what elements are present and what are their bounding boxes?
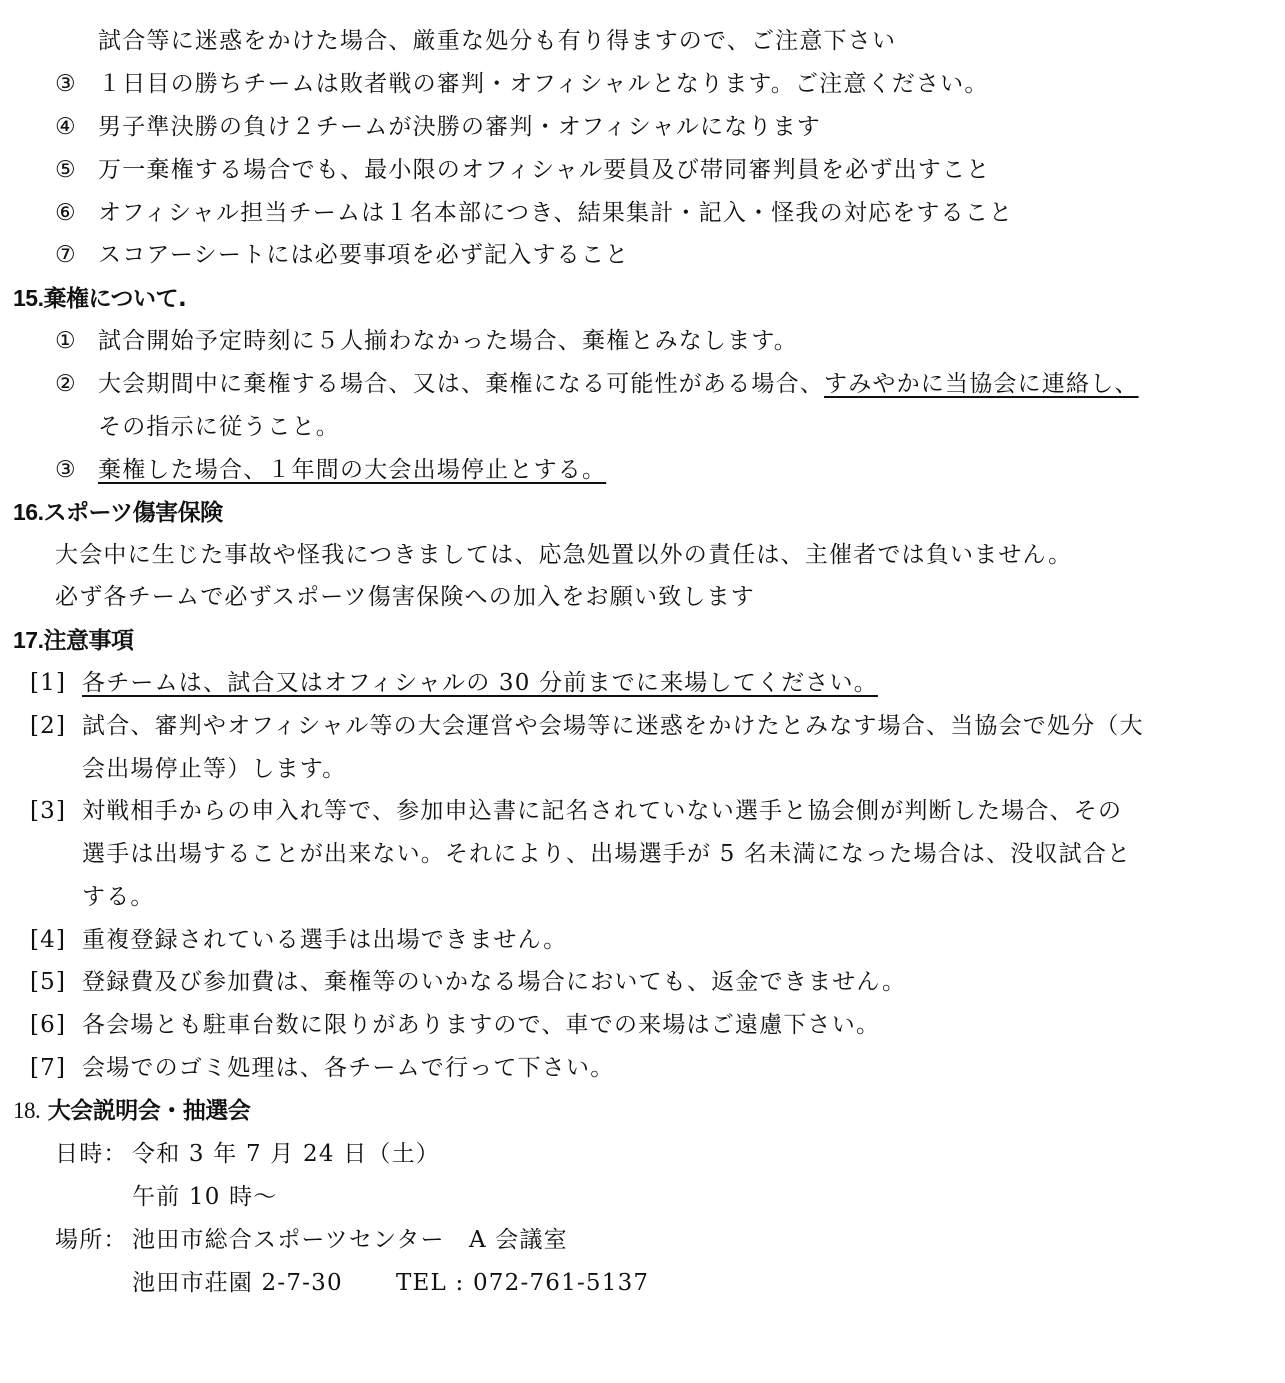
item-marker: ⑥	[55, 198, 77, 228]
item-marker: [3]	[30, 796, 66, 826]
item-marker: [5]	[30, 967, 66, 997]
time-value: 午前 10 時～	[132, 1182, 278, 1212]
item-text: 会場でのゴミ処理は、各チームで行って下さい。	[82, 1053, 614, 1083]
section17-heading: 17.注意事項	[13, 625, 133, 656]
item-marker: [1]	[30, 668, 66, 698]
item-continuation: 選手は出場することが出来ない。それにより、出場選手が 5 名未満になった場合は、…	[82, 839, 1131, 869]
item-marker: [6]	[30, 1010, 66, 1040]
section-title: 棄権について.	[43, 286, 186, 312]
item-marker: [2]	[30, 711, 66, 741]
section-title: 注意事項	[43, 628, 133, 654]
item-text: 試合、審判やオフィシャル等の大会運営や会場等に迷惑をかけたとみなす場合、当協会で…	[82, 711, 1144, 741]
item-text: １日目の勝ちチームは敗者戦の審判・オフィシャルとなります。ご注意ください。	[98, 69, 989, 99]
item-marker: ⑤	[55, 155, 77, 185]
item-text: 大会期間中に棄権する場合、又は、棄権になる可能性がある場合、すみやかに当協会に連…	[98, 369, 1139, 399]
section-number: 15.	[13, 285, 43, 311]
item-text: スコアーシートには必要事項を必ず記入すること	[98, 240, 629, 270]
tel-value: TEL : 072-761-5137	[396, 1268, 649, 1298]
item-text-underlined: すみやかに当協会に連絡し、	[824, 371, 1139, 397]
section16-line-1: 大会中に生じた事故や怪我につきましては、応急処置以外の責任は、主催者では負いませ…	[55, 540, 1072, 570]
item-text: 対戦相手からの申入れ等で、参加申込書に記名されていない選手と協会側が判断した場合…	[82, 796, 1122, 826]
item-marker: ③	[55, 69, 77, 99]
item-marker: [4]	[30, 925, 66, 955]
item-marker: ③	[55, 455, 77, 485]
item-text: 男子準決勝の負け２チームが決勝の審判・オフィシャルになります	[98, 112, 821, 142]
item-marker: [7]	[30, 1053, 66, 1083]
item-continuation: 会出場停止等）します。	[82, 754, 346, 784]
date-label: 日時：	[55, 1139, 128, 1169]
section15-heading: 15.棄権について.	[13, 283, 186, 314]
item-text-underlined: 棄権した場合、１年間の大会出場停止とする。	[98, 455, 606, 485]
date-value: 令和 3 年 7 月 24 日（土）	[132, 1139, 440, 1169]
item-text: 万一棄権する場合でも、最小限のオフィシャル要員及び帯同審判員を必ず出すこと	[98, 155, 990, 185]
section-title: 大会説明会・抽選会	[48, 1098, 251, 1124]
item-text: 試合開始予定時刻に５人揃わなかった場合、棄権とみなします。	[98, 326, 798, 356]
item-text: 各会場とも駐車台数に限りがありますので、車での来場はご遠慮下さい。	[82, 1010, 880, 1040]
item-text: 登録費及び参加費は、棄権等のいかなる場合においても、返金できません。	[82, 967, 906, 997]
item-marker: ④	[55, 112, 77, 142]
item-marker: ②	[55, 369, 77, 399]
item-text-plain: 大会期間中に棄権する場合、又は、棄権になる可能性がある場合、	[98, 371, 824, 397]
section-number: 16.	[13, 499, 43, 525]
section-number: 17.	[13, 627, 43, 653]
item-continuation-2: する。	[82, 882, 155, 912]
section18-heading: 18. 大会説明会・抽選会	[13, 1096, 250, 1126]
section-title: スポーツ傷害保険	[43, 500, 222, 526]
section16-heading: 16.スポーツ傷害保険	[13, 497, 223, 528]
item-marker: ①	[55, 326, 77, 356]
section16-line-2: 必ず各チームで必ずスポーツ傷害保険への加入をお願い致します	[55, 582, 755, 612]
place-label: 場所：	[55, 1225, 128, 1255]
item-marker: ⑦	[55, 240, 77, 270]
item-continuation: その指示に従うこと。	[98, 412, 340, 442]
item-text: オフィシャル担当チームは１名本部につき、結果集計・記入・怪我の対応をすること	[98, 198, 1013, 228]
item-text: 重複登録されている選手は出場できません。	[82, 925, 567, 955]
address-value: 池田市荘園 2-7-30	[132, 1268, 343, 1298]
section14-carryover-text: 試合等に迷惑をかけた場合、厳重な処分も有り得ますので、ご注意下さい	[98, 26, 896, 56]
section-number: 18.	[13, 1098, 40, 1123]
place-value: 池田市総合スポーツセンター A 会議室	[132, 1225, 568, 1255]
item-text-underlined: 各チームは、試合又はオフィシャルの 30 分前までに来場してください。	[82, 668, 878, 698]
